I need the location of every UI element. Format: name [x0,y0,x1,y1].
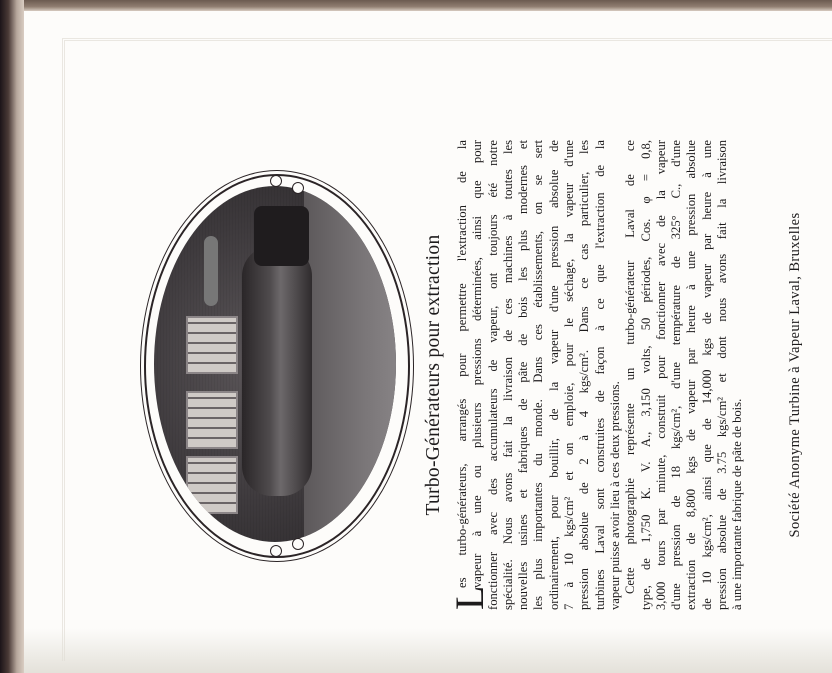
text-line: pression absolue de 2 à 4 kgs/cm². Dans … [577,140,592,610]
text-line: vapeur puisse avoir lieu à ces deux pres… [608,140,623,610]
text-line: 7 à 10 kgs/cm² et on emploie, pour le sé… [562,140,577,610]
text-line: Cette photographie représente un turbo-g… [623,140,638,610]
text-line: les plus importantes du monde. Dans ces … [531,140,546,610]
text-line: turbines Laval sont construites de façon… [593,140,608,610]
photo-floor [304,186,396,542]
text-line: d'une pression de 18 kgs/cm², d'une temp… [669,140,684,610]
photo-pipe [204,236,218,306]
book-binding-edge [0,0,24,673]
text-line: spécialité. Nous avons fait la livraison… [501,140,516,610]
page-bottom-shadow [24,628,832,673]
text-line: à une importante fabrique de pâte de boi… [730,140,745,610]
page-top-edge-shadow [24,0,832,11]
rotated-text-region: Turbo-Générateurs pour extraction L es t… [415,140,805,610]
text-line: ordinairement, pour bouillir, de la vape… [547,140,562,610]
photo-window [186,391,238,449]
photo-generator-housing [254,206,309,266]
photo-turbine-body [242,246,312,496]
frame-ornament-icon [292,182,304,194]
text-line: de 10 kgs/cm², ainsi que de 14,000 kgs d… [700,140,715,610]
photo-window [186,316,238,374]
company-footer: Société Anonyme Turbine à Vapeur Laval, … [787,140,804,610]
text-line: 3,000 tours par minute, construit pour f… [654,140,669,610]
text-line: nouvelles usines et fabriques de pâte de… [516,140,531,610]
text-block: Turbo-Générateurs pour extraction L es t… [415,140,805,610]
text-line: fonctionner avec des accumulateurs de va… [486,140,501,610]
text-line: extraction de 8,800 kgs de vapeur par he… [684,140,699,610]
photo-window [186,456,238,514]
page-title: Turbo-Générateurs pour extraction [423,140,445,610]
turbo-generator-photo [154,186,396,542]
frame-ornament-icon [270,545,282,557]
frame-ornament-icon [292,538,304,550]
text-line: type, de 1,750 K. V. A., 3,150 volts, 50… [639,140,654,610]
text-line: es turbo-générateurs, arrangés pour perm… [455,140,470,610]
body-text: es turbo-générateurs, arrangés pour perm… [455,140,746,610]
text-line: pression absolue de 3.75 kgs/cm² et dont… [715,140,730,610]
text-line: vapeur à une ou plusieurs pressions déte… [470,140,485,610]
frame-ornament-icon [270,175,282,187]
